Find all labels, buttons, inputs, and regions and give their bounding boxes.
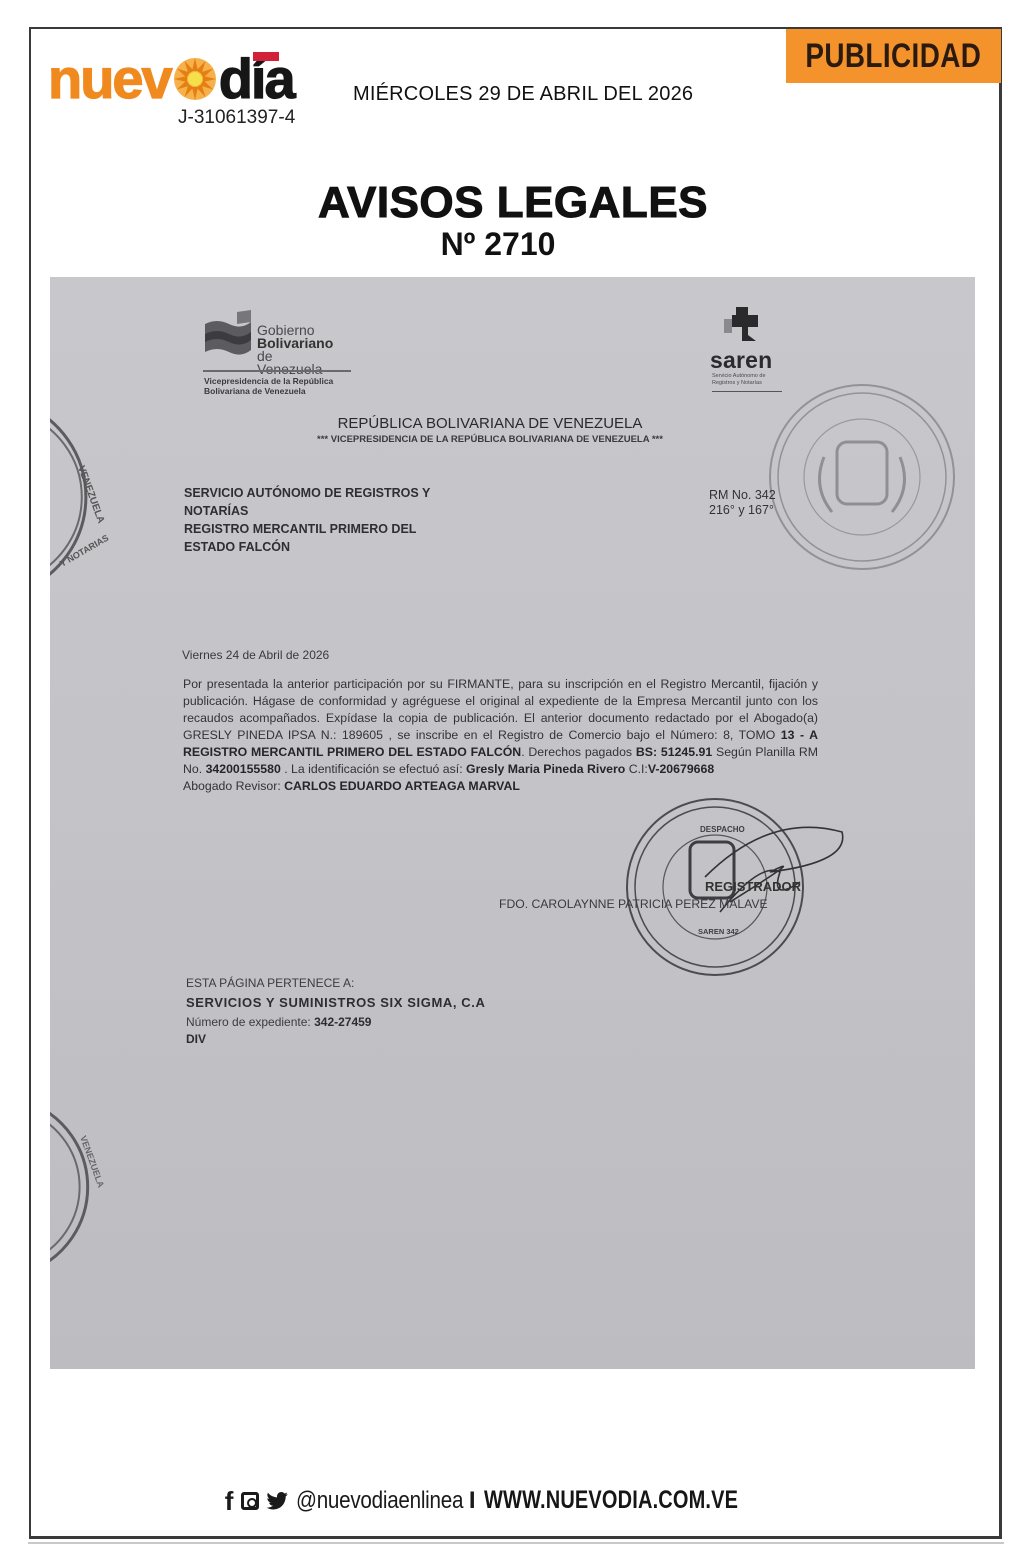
rif-number: J-31061397-4	[178, 107, 295, 129]
gob-subtitle: Vicepresidencia de la República Bolivari…	[204, 376, 333, 396]
company-name: SERVICIOS Y SUMINISTROS SIX SIGMA, C.A	[186, 995, 485, 1010]
scanned-document: VENEZUELA Y NOTARIAS VENEZUELA Gobierno …	[50, 277, 975, 1369]
body-identified-person: Gresly Maria Pineda Rivero	[466, 762, 625, 776]
body-text: Por presentada la anterior participación…	[183, 677, 818, 742]
facebook-icon[interactable]: f	[225, 1488, 234, 1514]
service-block: SERVICIO AUTÓNOMO DE REGISTROS Y NOTARÍA…	[184, 484, 430, 556]
stamp-despacho: DESPACHO	[700, 825, 745, 834]
document-body: Por presentada la anterior participación…	[183, 676, 818, 795]
logo-accent-bar	[253, 52, 279, 61]
body-text: C.I:	[625, 762, 648, 776]
footer-separator: I	[469, 1487, 476, 1515]
instagram-icon[interactable]	[241, 1492, 259, 1510]
logo-text-nuev: nuev	[48, 56, 171, 102]
saren-subtitle: Servicio Autónomo de Registros y Notaría…	[712, 373, 766, 387]
signed-by: FDO. CAROLAYNNE PATRICIA PEREZ MALAVE	[499, 897, 768, 911]
stamp-fragment-bottom-left-icon: VENEZUELA	[50, 1097, 140, 1277]
website-link[interactable]: WWW.NUEVODIA.COM.VE	[484, 1486, 738, 1515]
body-planilla: 34200155580	[206, 762, 281, 776]
nuevodia-logo: nuev día	[48, 50, 294, 102]
saren-underline	[712, 391, 782, 392]
sun-icon	[172, 56, 218, 102]
svg-text:Y NOTARIAS: Y NOTARIAS	[58, 533, 110, 569]
document-date: Viernes 24 de Abril de 2026	[182, 648, 329, 662]
stamp-saren: SAREN 342	[698, 927, 739, 936]
gob-line3: de Venezuela	[257, 350, 333, 376]
svg-text:VENEZUELA: VENEZUELA	[78, 1134, 106, 1189]
registrar-title: REGISTRADOR	[705, 879, 801, 894]
body-amount: BS: 51245.91	[636, 745, 712, 759]
rm-years: 216° y 167°	[709, 503, 776, 518]
belongs-label: ESTA PÁGINA PERTENECE A:	[186, 976, 354, 990]
gobierno-text: Gobierno Bolivariano de Venezuela	[257, 324, 333, 376]
saren-logo: saren Servicio Autónomo de Registros y N…	[710, 305, 790, 395]
logo-text-dia: día	[219, 56, 294, 102]
document-subheading: *** VICEPRESIDENCIA DE LA REPÚBLICA BOLI…	[50, 434, 930, 445]
edition-number: Nº 2710	[0, 226, 996, 263]
reviewer-label: Abogado Revisor:	[183, 779, 284, 793]
file-label: Número de expediente:	[186, 1015, 314, 1029]
registry-stamp-top-right-icon	[762, 377, 962, 577]
saren-sub1: Servicio Autónomo de	[712, 373, 766, 380]
document-heading: REPÚBLICA BOLIVARIANA DE VENEZUELA	[50, 415, 930, 432]
saren-cross-icon	[722, 305, 772, 343]
service-line: SERVICIO AUTÓNOMO DE REGISTROS Y	[184, 484, 430, 502]
page-title: AVISOS LEGALES	[0, 178, 1026, 228]
gob-sub2: Bolivariana de Venezuela	[204, 386, 333, 396]
reviewer-name: CARLOS EDUARDO ARTEAGA MARVAL	[284, 779, 520, 793]
service-line: REGISTRO MERCANTIL PRIMERO DEL	[184, 520, 430, 538]
gob-divider	[203, 370, 351, 372]
saren-sub2: Registros y Notarías	[712, 380, 766, 387]
body-text: . Derechos pagados	[521, 745, 636, 759]
twitter-icon[interactable]	[266, 1492, 288, 1510]
venezuela-flag-icon	[203, 310, 253, 358]
rm-block: RM No. 342 216° y 167°	[709, 488, 776, 518]
file-number: 342-27459	[314, 1015, 371, 1029]
saren-wordmark: saren	[710, 347, 772, 374]
section-badge: PUBLICIDAD	[786, 29, 1001, 83]
div-label: DIV	[186, 1032, 206, 1046]
rm-number: RM No. 342	[709, 488, 776, 503]
frame-shadow	[28, 1542, 1004, 1544]
body-ci: V-20679668	[648, 762, 714, 776]
service-line: NOTARÍAS	[184, 502, 430, 520]
social-handle[interactable]: @nuevodiaenlinea	[296, 1487, 463, 1515]
section-badge-label: PUBLICIDAD	[805, 37, 981, 76]
file-number-line: Número de expediente: 342-27459	[186, 1015, 371, 1029]
gob-sub1: Vicepresidencia de la República	[204, 376, 333, 386]
footer: f @nuevodiaenlinea I WWW.NUEVODIA.COM.VE	[0, 1486, 1026, 1515]
service-line: ESTADO FALCÓN	[184, 538, 430, 556]
body-text: . La identificación se efectuó así:	[281, 762, 466, 776]
publication-date: MIÉRCOLES 29 DE ABRIL DEL 2026	[353, 83, 693, 106]
